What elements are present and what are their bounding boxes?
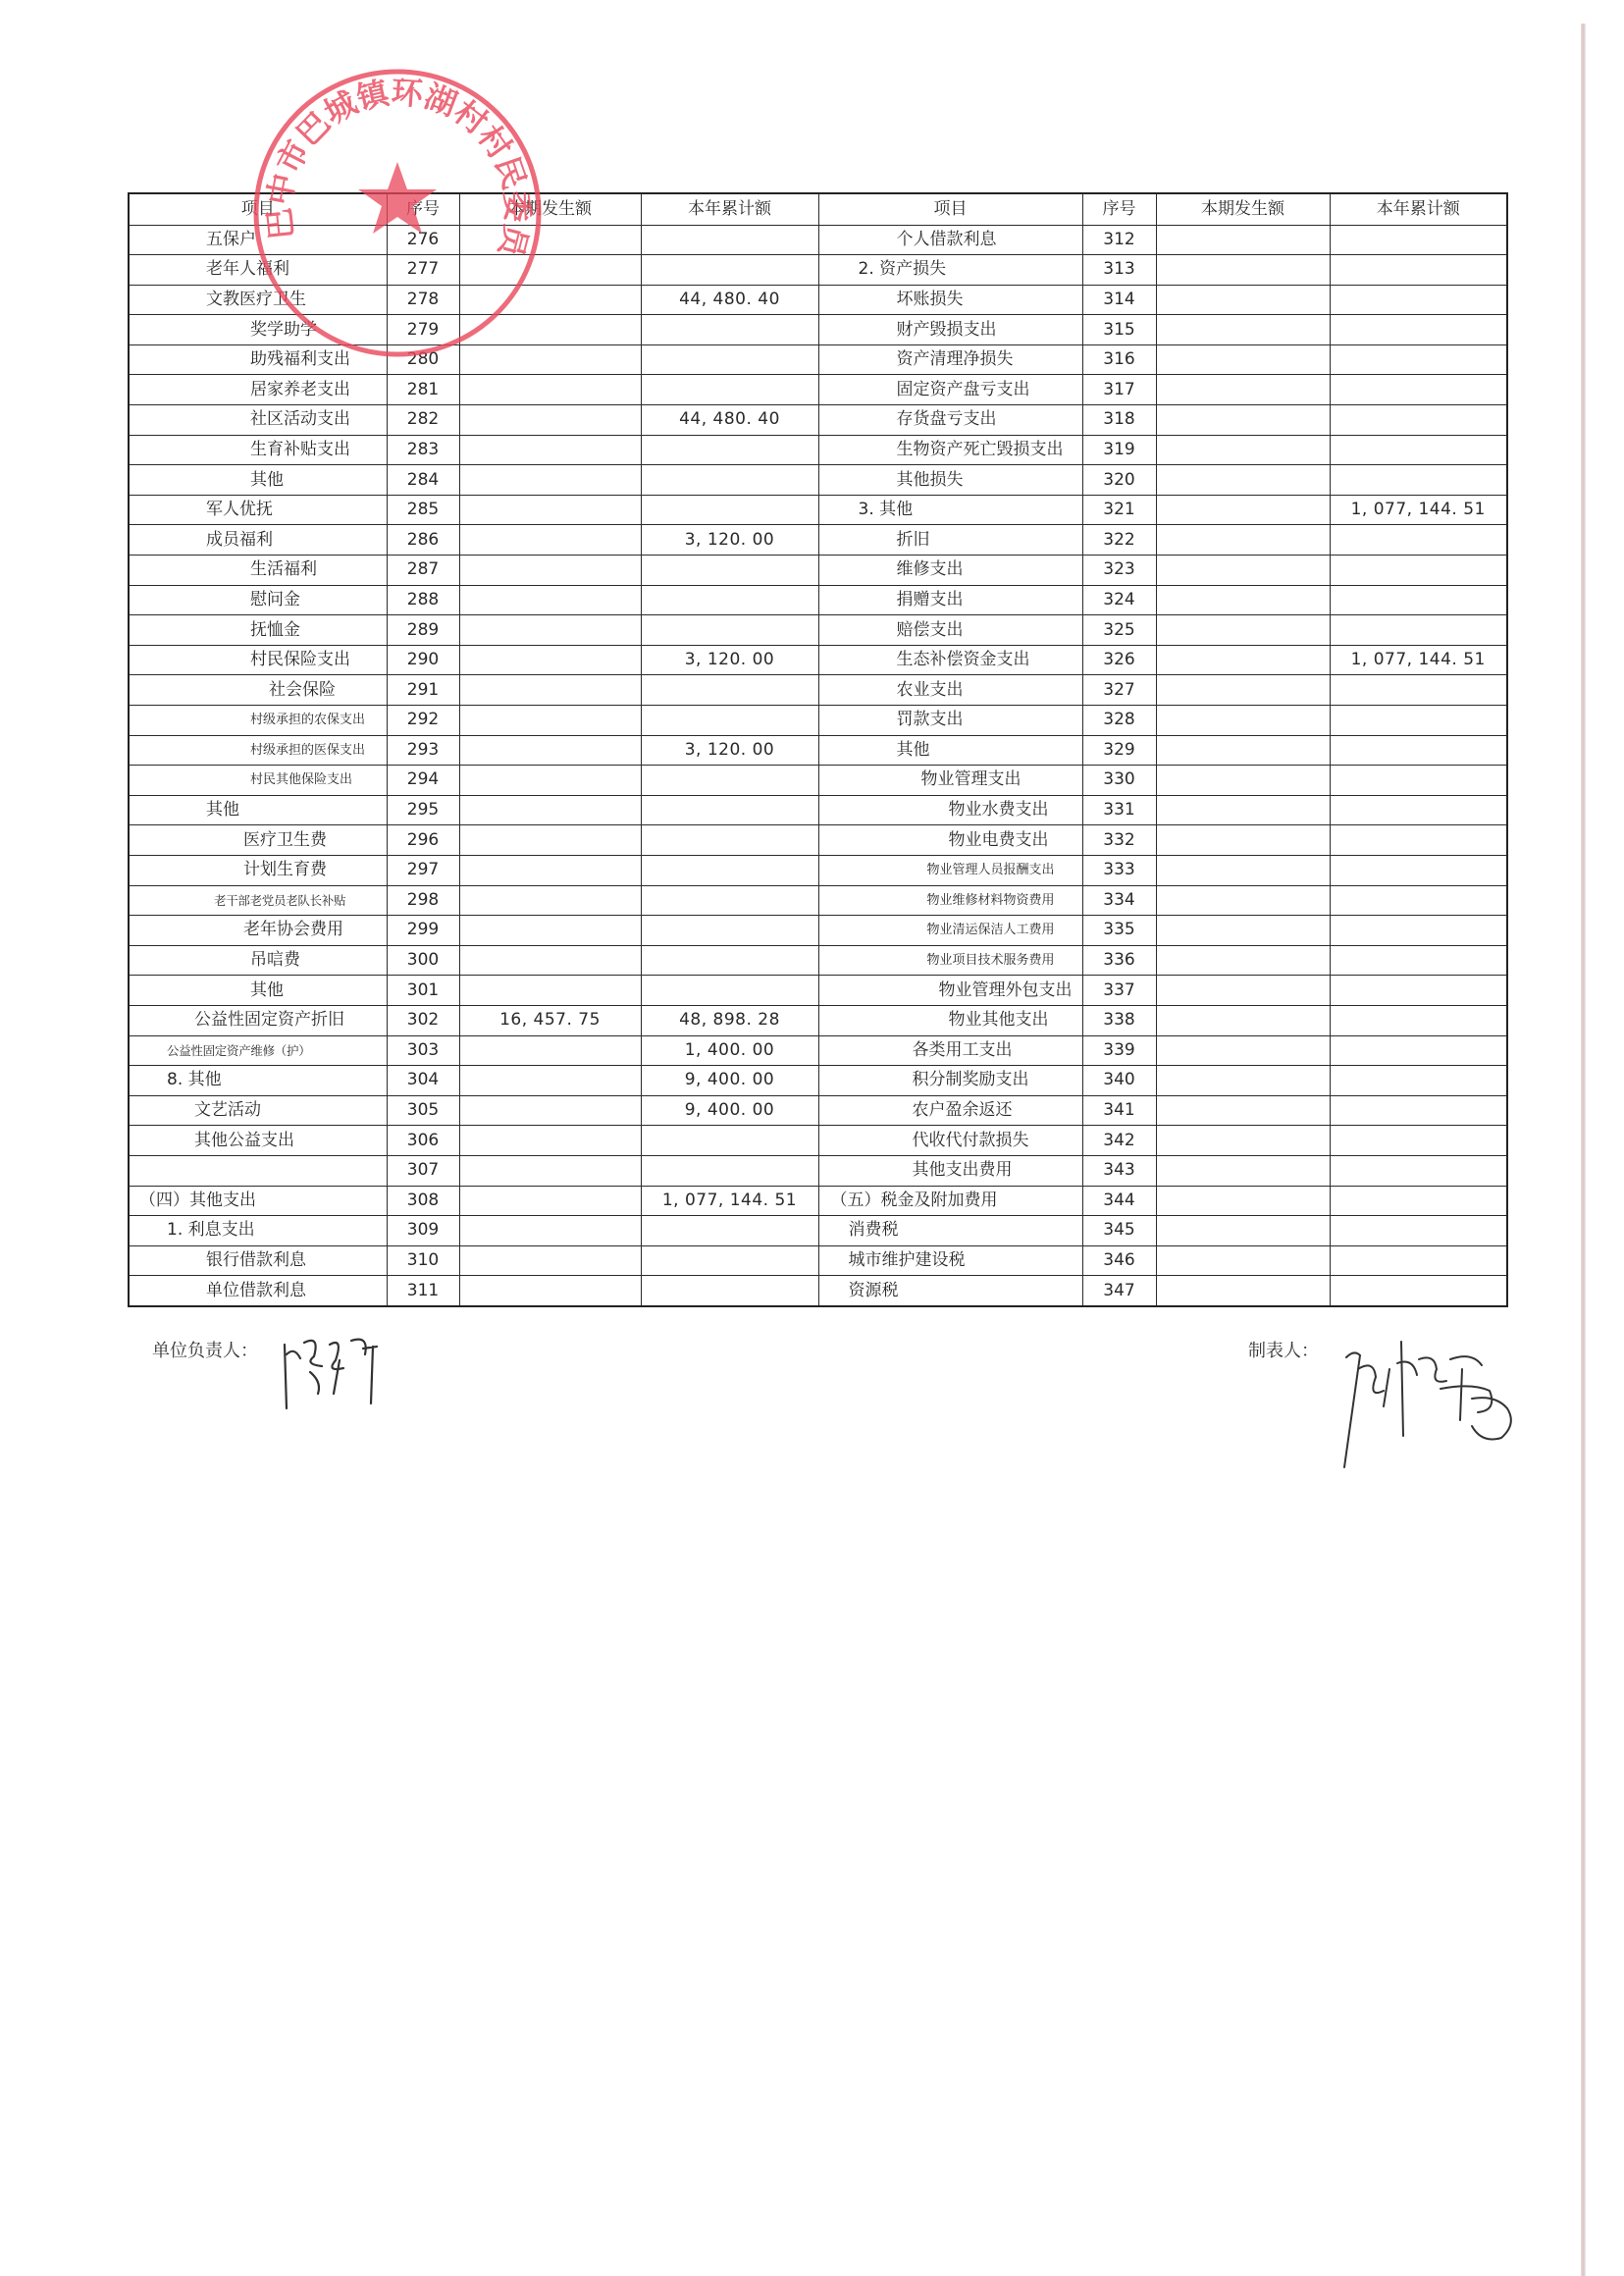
table-row: 计划生育费297物业管理人员报酬支出333 bbox=[129, 855, 1507, 885]
table-row: 8. 其他3049, 400. 00积分制奖励支出340 bbox=[129, 1066, 1507, 1096]
cell-seq-right: 345 bbox=[1082, 1216, 1156, 1246]
cell-ytd-left bbox=[641, 675, 818, 706]
cell-item-left: （四）其他支出 bbox=[129, 1186, 387, 1216]
cell-seq-left: 311 bbox=[387, 1276, 459, 1306]
cell-current-left bbox=[459, 645, 641, 675]
header-current-right: 本期发生额 bbox=[1156, 193, 1330, 225]
cell-current-left bbox=[459, 375, 641, 405]
cell-ytd-right bbox=[1330, 435, 1507, 465]
cell-current-right bbox=[1156, 795, 1330, 825]
cell-seq-right: 329 bbox=[1082, 735, 1156, 766]
cell-item-right: 3. 其他 bbox=[818, 495, 1082, 525]
cell-current-right bbox=[1156, 1186, 1330, 1216]
cell-seq-right: 341 bbox=[1082, 1095, 1156, 1126]
cell-seq-right: 337 bbox=[1082, 976, 1156, 1006]
cell-seq-left: 309 bbox=[387, 1216, 459, 1246]
cell-seq-right: 332 bbox=[1082, 825, 1156, 856]
cell-seq-left: 289 bbox=[387, 615, 459, 646]
cell-current-left bbox=[459, 976, 641, 1006]
cell-current-right bbox=[1156, 885, 1330, 916]
header-ytd-right: 本年累计额 bbox=[1330, 193, 1507, 225]
cell-current-right bbox=[1156, 556, 1330, 586]
cell-item-left: 吊唁费 bbox=[129, 945, 387, 976]
cell-seq-right: 312 bbox=[1082, 225, 1156, 255]
cell-item-right: 固定资产盘亏支出 bbox=[818, 375, 1082, 405]
cell-current-right bbox=[1156, 495, 1330, 525]
cell-current-right bbox=[1156, 344, 1330, 375]
cell-item-left: 军人优抚 bbox=[129, 495, 387, 525]
cell-current-left bbox=[459, 255, 641, 286]
cell-current-left bbox=[459, 465, 641, 496]
cell-seq-left: 307 bbox=[387, 1155, 459, 1186]
cell-current-right bbox=[1156, 1066, 1330, 1096]
cell-ytd-right bbox=[1330, 976, 1507, 1006]
cell-item-left: 生育补贴支出 bbox=[129, 435, 387, 465]
cell-ytd-right bbox=[1330, 855, 1507, 885]
cell-ytd-left bbox=[641, 375, 818, 405]
cell-ytd-right bbox=[1330, 1155, 1507, 1186]
cell-current-right bbox=[1156, 525, 1330, 556]
cell-seq-left: 290 bbox=[387, 645, 459, 675]
cell-seq-right: 335 bbox=[1082, 916, 1156, 946]
cell-item-right: 生态补偿资金支出 bbox=[818, 645, 1082, 675]
table-row: 医疗卫生费296物业电费支出332 bbox=[129, 825, 1507, 856]
cell-item-left: 老年人福利 bbox=[129, 255, 387, 286]
cell-seq-right: 314 bbox=[1082, 285, 1156, 315]
cell-item-right: 捐赠支出 bbox=[818, 585, 1082, 615]
header-item-left: 项目 bbox=[129, 193, 387, 225]
header-seq-left: 序号 bbox=[387, 193, 459, 225]
cell-current-left bbox=[459, 495, 641, 525]
cell-ytd-right bbox=[1330, 675, 1507, 706]
cell-current-left bbox=[459, 855, 641, 885]
cell-item-right: 物业管理支出 bbox=[818, 766, 1082, 796]
cell-current-right bbox=[1156, 1155, 1330, 1186]
cell-current-left bbox=[459, 225, 641, 255]
cell-seq-left: 295 bbox=[387, 795, 459, 825]
cell-current-right bbox=[1156, 1005, 1330, 1035]
table-row: 生活福利287维修支出323 bbox=[129, 556, 1507, 586]
cell-ytd-right bbox=[1330, 1126, 1507, 1156]
scan-edge-shadow bbox=[1581, 24, 1586, 2276]
cell-current-right bbox=[1156, 1245, 1330, 1276]
table-row: 慰问金288捐赠支出324 bbox=[129, 585, 1507, 615]
cell-ytd-left bbox=[641, 945, 818, 976]
cell-current-right bbox=[1156, 825, 1330, 856]
cell-ytd-right bbox=[1330, 1066, 1507, 1096]
cell-ytd-left bbox=[641, 315, 818, 345]
cell-seq-left: 305 bbox=[387, 1095, 459, 1126]
cell-ytd-right bbox=[1330, 405, 1507, 436]
cell-ytd-right bbox=[1330, 795, 1507, 825]
cell-item-right: 物业水费支出 bbox=[818, 795, 1082, 825]
cell-seq-left: 299 bbox=[387, 916, 459, 946]
table-row: 其他295物业水费支出331 bbox=[129, 795, 1507, 825]
table-row: 村级承担的农保支出292罚款支出328 bbox=[129, 706, 1507, 736]
cell-item-left: 抚恤金 bbox=[129, 615, 387, 646]
cell-ytd-right bbox=[1330, 825, 1507, 856]
cell-current-left bbox=[459, 825, 641, 856]
cell-item-left: 医疗卫生费 bbox=[129, 825, 387, 856]
header-ytd-left: 本年累计额 bbox=[641, 193, 818, 225]
cell-item-right: 其他损失 bbox=[818, 465, 1082, 496]
cell-current-right bbox=[1156, 615, 1330, 646]
cell-seq-right: 330 bbox=[1082, 766, 1156, 796]
table-row: 1. 利息支出309消费税345 bbox=[129, 1216, 1507, 1246]
cell-seq-left: 288 bbox=[387, 585, 459, 615]
cell-item-right: 财产毁损支出 bbox=[818, 315, 1082, 345]
table-row: 社区活动支出28244, 480. 40存货盘亏支出318 bbox=[129, 405, 1507, 436]
cell-seq-right: 313 bbox=[1082, 255, 1156, 286]
table-row: 文教医疗卫生27844, 480. 40坏账损失314 bbox=[129, 285, 1507, 315]
cell-ytd-left bbox=[641, 706, 818, 736]
table-body: 五保户276个人借款利息312老年人福利2772. 资产损失313文教医疗卫生2… bbox=[129, 225, 1507, 1306]
cell-current-left bbox=[459, 1155, 641, 1186]
cell-current-left bbox=[459, 344, 641, 375]
cell-item-right: 存货盘亏支出 bbox=[818, 405, 1082, 436]
cell-current-right bbox=[1156, 706, 1330, 736]
table-header-row: 项目 序号 本期发生额 本年累计额 项目 序号 本期发生额 本年累计额 bbox=[129, 193, 1507, 225]
cell-item-right: 物业管理人员报酬支出 bbox=[818, 855, 1082, 885]
cell-current-left bbox=[459, 435, 641, 465]
cell-ytd-left bbox=[641, 1155, 818, 1186]
cell-item-left: 成员福利 bbox=[129, 525, 387, 556]
cell-seq-left: 276 bbox=[387, 225, 459, 255]
cell-seq-right: 324 bbox=[1082, 585, 1156, 615]
cell-seq-left: 297 bbox=[387, 855, 459, 885]
cell-ytd-left bbox=[641, 615, 818, 646]
preparer-label: 制表人： bbox=[1248, 1337, 1319, 1362]
cell-seq-right: 347 bbox=[1082, 1276, 1156, 1306]
cell-seq-left: 285 bbox=[387, 495, 459, 525]
cell-item-right: 城市维护建设税 bbox=[818, 1245, 1082, 1276]
cell-current-right bbox=[1156, 225, 1330, 255]
cell-current-right bbox=[1156, 465, 1330, 496]
table-row: 军人优抚2853. 其他3211, 077, 144. 51 bbox=[129, 495, 1507, 525]
cell-seq-right: 343 bbox=[1082, 1155, 1156, 1186]
cell-current-right bbox=[1156, 916, 1330, 946]
cell-seq-right: 331 bbox=[1082, 795, 1156, 825]
table-row: 其他301物业管理外包支出337 bbox=[129, 976, 1507, 1006]
cell-item-right: 个人借款利息 bbox=[818, 225, 1082, 255]
cell-item-right: （五）税金及附加费用 bbox=[818, 1186, 1082, 1216]
table-row: 老干部老党员老队长补贴298物业维修材料物资费用334 bbox=[129, 885, 1507, 916]
cell-item-left: 文艺活动 bbox=[129, 1095, 387, 1126]
cell-item-right: 各类用工支出 bbox=[818, 1035, 1082, 1066]
cell-current-right bbox=[1156, 285, 1330, 315]
cell-item-left: 村级承担的农保支出 bbox=[129, 706, 387, 736]
cell-current-left bbox=[459, 556, 641, 586]
cell-ytd-left bbox=[641, 795, 818, 825]
cell-seq-left: 287 bbox=[387, 556, 459, 586]
cell-ytd-right: 1, 077, 144. 51 bbox=[1330, 645, 1507, 675]
cell-current-left bbox=[459, 945, 641, 976]
table-row: 公益性固定资产折旧30216, 457. 7548, 898. 28物业其他支出… bbox=[129, 1005, 1507, 1035]
cell-item-left: 文教医疗卫生 bbox=[129, 285, 387, 315]
cell-seq-right: 328 bbox=[1082, 706, 1156, 736]
cell-seq-left: 281 bbox=[387, 375, 459, 405]
cell-current-left bbox=[459, 885, 641, 916]
cell-item-left: 慰问金 bbox=[129, 585, 387, 615]
table-row: 银行借款利息310城市维护建设税346 bbox=[129, 1245, 1507, 1276]
table-row: 307其他支出费用343 bbox=[129, 1155, 1507, 1186]
cell-ytd-left: 3, 120. 00 bbox=[641, 645, 818, 675]
cell-seq-right: 346 bbox=[1082, 1245, 1156, 1276]
cell-ytd-left bbox=[641, 916, 818, 946]
cell-item-left: 村民其他保险支出 bbox=[129, 766, 387, 796]
table-row: 单位借款利息311资源税347 bbox=[129, 1276, 1507, 1306]
cell-current-left bbox=[459, 1245, 641, 1276]
cell-item-right: 物业清运保洁人工费用 bbox=[818, 916, 1082, 946]
cell-ytd-right bbox=[1330, 766, 1507, 796]
cell-ytd-left bbox=[641, 495, 818, 525]
table-row: 抚恤金289赔偿支出325 bbox=[129, 615, 1507, 646]
cell-seq-left: 277 bbox=[387, 255, 459, 286]
cell-seq-left: 302 bbox=[387, 1005, 459, 1035]
cell-seq-right: 319 bbox=[1082, 435, 1156, 465]
cell-ytd-left bbox=[641, 1245, 818, 1276]
table-row: （四）其他支出3081, 077, 144. 51（五）税金及附加费用344 bbox=[129, 1186, 1507, 1216]
cell-seq-left: 279 bbox=[387, 315, 459, 345]
cell-item-right: 积分制奖励支出 bbox=[818, 1066, 1082, 1096]
cell-current-right bbox=[1156, 1216, 1330, 1246]
cell-current-left bbox=[459, 1276, 641, 1306]
cell-item-left bbox=[129, 1155, 387, 1186]
cell-item-right: 农业支出 bbox=[818, 675, 1082, 706]
cell-seq-right: 321 bbox=[1082, 495, 1156, 525]
cell-item-left: 村级承担的医保支出 bbox=[129, 735, 387, 766]
cell-current-right bbox=[1156, 405, 1330, 436]
cell-seq-left: 284 bbox=[387, 465, 459, 496]
cell-ytd-right bbox=[1330, 1095, 1507, 1126]
table-row: 生育补贴支出283生物资产死亡毁损支出319 bbox=[129, 435, 1507, 465]
cell-seq-right: 320 bbox=[1082, 465, 1156, 496]
cell-current-left bbox=[459, 405, 641, 436]
cell-seq-right: 338 bbox=[1082, 1005, 1156, 1035]
cell-ytd-left bbox=[641, 556, 818, 586]
cell-ytd-left: 48, 898. 28 bbox=[641, 1005, 818, 1035]
table-row: 村级承担的医保支出2933, 120. 00其他329 bbox=[129, 735, 1507, 766]
cell-seq-right: 325 bbox=[1082, 615, 1156, 646]
cell-seq-left: 298 bbox=[387, 885, 459, 916]
cell-ytd-right: 1, 077, 144. 51 bbox=[1330, 495, 1507, 525]
cell-ytd-left bbox=[641, 976, 818, 1006]
cell-current-left bbox=[459, 1035, 641, 1066]
cell-item-left: 老年协会费用 bbox=[129, 916, 387, 946]
cell-ytd-right bbox=[1330, 706, 1507, 736]
cell-ytd-right bbox=[1330, 1005, 1507, 1035]
cell-current-left bbox=[459, 1186, 641, 1216]
cell-current-right bbox=[1156, 766, 1330, 796]
cell-ytd-right bbox=[1330, 375, 1507, 405]
table-row: 居家养老支出281固定资产盘亏支出317 bbox=[129, 375, 1507, 405]
cell-ytd-left: 9, 400. 00 bbox=[641, 1066, 818, 1096]
cell-ytd-right bbox=[1330, 1216, 1507, 1246]
cell-item-left: 社区活动支出 bbox=[129, 405, 387, 436]
cell-item-left: 其他公益支出 bbox=[129, 1126, 387, 1156]
table-row: 助残福利支出280资产清理净损失316 bbox=[129, 344, 1507, 375]
cell-item-right: 资产清理净损失 bbox=[818, 344, 1082, 375]
cell-ytd-left: 44, 480. 40 bbox=[641, 405, 818, 436]
cell-seq-left: 291 bbox=[387, 675, 459, 706]
cell-item-right: 农户盈余返还 bbox=[818, 1095, 1082, 1126]
table-row: 文艺活动3059, 400. 00农户盈余返还341 bbox=[129, 1095, 1507, 1126]
cell-item-right: 坏账损失 bbox=[818, 285, 1082, 315]
cell-seq-left: 303 bbox=[387, 1035, 459, 1066]
unit-head-label: 单位负责人： bbox=[152, 1337, 258, 1362]
header-item-right: 项目 bbox=[818, 193, 1082, 225]
cell-ytd-left: 3, 120. 00 bbox=[641, 525, 818, 556]
cell-ytd-left bbox=[641, 1276, 818, 1306]
cell-item-left: 银行借款利息 bbox=[129, 1245, 387, 1276]
cell-ytd-left: 1, 400. 00 bbox=[641, 1035, 818, 1066]
cell-current-right bbox=[1156, 855, 1330, 885]
table-row: 老年协会费用299物业清运保洁人工费用335 bbox=[129, 916, 1507, 946]
table-row: 吊唁费300物业项目技术服务费用336 bbox=[129, 945, 1507, 976]
cell-ytd-left: 9, 400. 00 bbox=[641, 1095, 818, 1126]
cell-ytd-left bbox=[641, 255, 818, 286]
cell-ytd-right bbox=[1330, 585, 1507, 615]
cell-ytd-left bbox=[641, 1126, 818, 1156]
cell-item-right: 其他支出费用 bbox=[818, 1155, 1082, 1186]
cell-ytd-left bbox=[641, 885, 818, 916]
cell-current-left bbox=[459, 735, 641, 766]
cell-seq-right: 316 bbox=[1082, 344, 1156, 375]
cell-item-right: 维修支出 bbox=[818, 556, 1082, 586]
cell-seq-left: 308 bbox=[387, 1186, 459, 1216]
cell-ytd-right bbox=[1330, 945, 1507, 976]
unit-head-signature bbox=[275, 1325, 393, 1418]
cell-current-left bbox=[459, 795, 641, 825]
table-row: 村民保险支出2903, 120. 00生态补偿资金支出3261, 077, 14… bbox=[129, 645, 1507, 675]
cell-item-left: 其他 bbox=[129, 465, 387, 496]
cell-item-left: 助残福利支出 bbox=[129, 344, 387, 375]
cell-ytd-left bbox=[641, 344, 818, 375]
cell-item-right: 物业其他支出 bbox=[818, 1005, 1082, 1035]
cell-seq-left: 304 bbox=[387, 1066, 459, 1096]
cell-ytd-left bbox=[641, 1216, 818, 1246]
cell-item-right: 物业项目技术服务费用 bbox=[818, 945, 1082, 976]
cell-item-right: 物业电费支出 bbox=[818, 825, 1082, 856]
cell-current-left bbox=[459, 766, 641, 796]
cell-seq-left: 310 bbox=[387, 1245, 459, 1276]
cell-item-left: 五保户 bbox=[129, 225, 387, 255]
cell-item-left: 奖学助学 bbox=[129, 315, 387, 345]
cell-item-left: 公益性固定资产折旧 bbox=[129, 1005, 387, 1035]
cell-item-right: 其他 bbox=[818, 735, 1082, 766]
cell-seq-right: 327 bbox=[1082, 675, 1156, 706]
cell-current-right bbox=[1156, 1035, 1330, 1066]
cell-seq-right: 339 bbox=[1082, 1035, 1156, 1066]
cell-item-left: 其他 bbox=[129, 976, 387, 1006]
cell-seq-left: 292 bbox=[387, 706, 459, 736]
cell-ytd-right bbox=[1330, 885, 1507, 916]
cell-item-left: 生活福利 bbox=[129, 556, 387, 586]
cell-ytd-left bbox=[641, 585, 818, 615]
header-seq-right: 序号 bbox=[1082, 193, 1156, 225]
cell-seq-right: 315 bbox=[1082, 315, 1156, 345]
cell-ytd-right bbox=[1330, 916, 1507, 946]
cell-ytd-right bbox=[1330, 285, 1507, 315]
cell-ytd-right bbox=[1330, 1276, 1507, 1306]
cell-current-left bbox=[459, 615, 641, 646]
cell-seq-left: 282 bbox=[387, 405, 459, 436]
cell-current-right bbox=[1156, 255, 1330, 286]
cell-item-left: 1. 利息支出 bbox=[129, 1216, 387, 1246]
cell-ytd-right bbox=[1330, 225, 1507, 255]
cell-ytd-right bbox=[1330, 615, 1507, 646]
cell-item-left: 公益性固定资产维修（护） bbox=[129, 1035, 387, 1066]
cell-item-right: 物业维修材料物资费用 bbox=[818, 885, 1082, 916]
cell-item-right: 物业管理外包支出 bbox=[818, 976, 1082, 1006]
cell-ytd-left bbox=[641, 435, 818, 465]
cell-current-right bbox=[1156, 585, 1330, 615]
cell-current-right bbox=[1156, 645, 1330, 675]
cell-current-right bbox=[1156, 435, 1330, 465]
table-row: 奖学助学279财产毁损支出315 bbox=[129, 315, 1507, 345]
cell-current-left: 16, 457. 75 bbox=[459, 1005, 641, 1035]
cell-ytd-left bbox=[641, 225, 818, 255]
cell-ytd-right bbox=[1330, 1035, 1507, 1066]
cell-item-right: 消费税 bbox=[818, 1216, 1082, 1246]
table-row: 公益性固定资产维修（护）3031, 400. 00各类用工支出339 bbox=[129, 1035, 1507, 1066]
cell-item-right: 生物资产死亡毁损支出 bbox=[818, 435, 1082, 465]
cell-seq-left: 280 bbox=[387, 344, 459, 375]
cell-item-right: 资源税 bbox=[818, 1276, 1082, 1306]
cell-seq-left: 278 bbox=[387, 285, 459, 315]
cell-ytd-right bbox=[1330, 556, 1507, 586]
cell-item-right: 罚款支出 bbox=[818, 706, 1082, 736]
cell-item-right: 代收代付款损失 bbox=[818, 1126, 1082, 1156]
cell-current-left bbox=[459, 706, 641, 736]
cell-current-right bbox=[1156, 675, 1330, 706]
cell-item-right: 赔偿支出 bbox=[818, 615, 1082, 646]
cell-ytd-right bbox=[1330, 315, 1507, 345]
cell-item-left: 居家养老支出 bbox=[129, 375, 387, 405]
cell-current-right bbox=[1156, 976, 1330, 1006]
cell-seq-left: 301 bbox=[387, 976, 459, 1006]
cell-seq-left: 300 bbox=[387, 945, 459, 976]
cell-current-left bbox=[459, 585, 641, 615]
cell-seq-right: 322 bbox=[1082, 525, 1156, 556]
cell-seq-left: 286 bbox=[387, 525, 459, 556]
cell-current-left bbox=[459, 315, 641, 345]
cell-item-left: 社会保险 bbox=[129, 675, 387, 706]
cell-seq-right: 323 bbox=[1082, 556, 1156, 586]
cell-item-right: 折旧 bbox=[818, 525, 1082, 556]
cell-current-right bbox=[1156, 945, 1330, 976]
cell-item-right: 2. 资产损失 bbox=[818, 255, 1082, 286]
cell-seq-left: 296 bbox=[387, 825, 459, 856]
cell-ytd-left bbox=[641, 766, 818, 796]
cell-current-left bbox=[459, 1126, 641, 1156]
cell-current-left bbox=[459, 675, 641, 706]
table-row: 老年人福利2772. 资产损失313 bbox=[129, 255, 1507, 286]
cell-seq-right: 334 bbox=[1082, 885, 1156, 916]
table-row: 五保户276个人借款利息312 bbox=[129, 225, 1507, 255]
cell-ytd-left: 44, 480. 40 bbox=[641, 285, 818, 315]
cell-seq-right: 344 bbox=[1082, 1186, 1156, 1216]
table-row: 成员福利2863, 120. 00折旧322 bbox=[129, 525, 1507, 556]
expense-ledger-table: 项目 序号 本期发生额 本年累计额 项目 序号 本期发生额 本年累计额 五保户2… bbox=[128, 192, 1508, 1307]
table-row: 其他284其他损失320 bbox=[129, 465, 1507, 496]
cell-seq-right: 333 bbox=[1082, 855, 1156, 885]
cell-item-left: 老干部老党员老队长补贴 bbox=[129, 885, 387, 916]
cell-item-left: 村民保险支出 bbox=[129, 645, 387, 675]
cell-current-right bbox=[1156, 1276, 1330, 1306]
cell-current-left bbox=[459, 1095, 641, 1126]
cell-ytd-left bbox=[641, 855, 818, 885]
